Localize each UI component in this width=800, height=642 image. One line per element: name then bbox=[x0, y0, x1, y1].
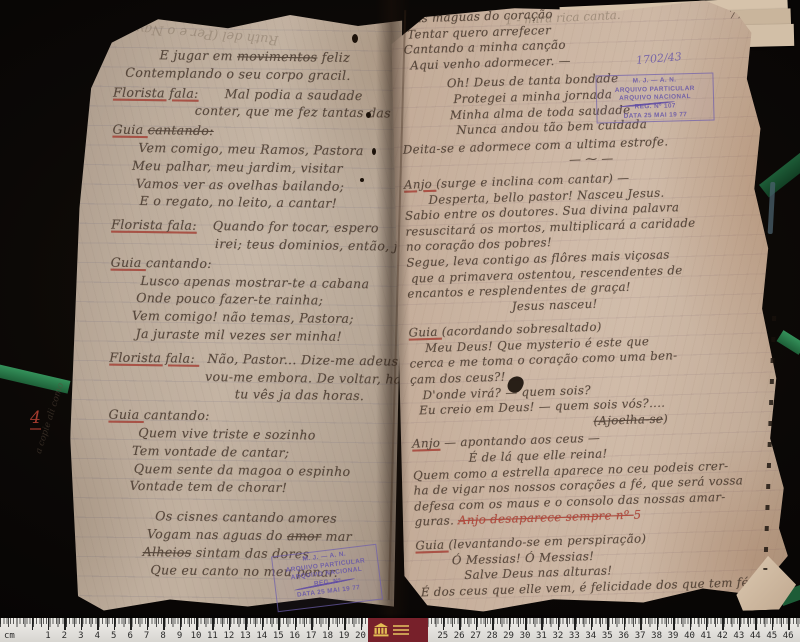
manuscript-line: tu vês ja das horas. bbox=[235, 389, 399, 409]
manuscript-text: (levantando-se em perspiração) bbox=[448, 531, 646, 551]
manuscript-line: Vontade tem de chorar! bbox=[129, 480, 397, 502]
manuscript-text: vou-me embora. De voltar, ha bbox=[205, 368, 402, 386]
ruler-cm-label: 25 bbox=[437, 631, 448, 641]
ruler-cm-label: 31 bbox=[536, 631, 547, 641]
ruler-cm-label: 8 bbox=[160, 631, 165, 641]
ruler-cm-label: 15 bbox=[273, 631, 284, 641]
ruler-cm-label: 20 bbox=[355, 631, 366, 641]
ruler-tick bbox=[755, 618, 757, 630]
ruler-tick bbox=[278, 618, 280, 630]
manuscript-text: Jesus nasceu! bbox=[512, 296, 598, 313]
ruler-tick bbox=[525, 618, 527, 630]
ruler-cm-label: 42 bbox=[717, 631, 728, 641]
ruler-cm-label: 28 bbox=[487, 631, 498, 641]
manuscript-text: Vamos ver as ovelhas bailando; bbox=[136, 176, 345, 194]
ruler-tick bbox=[48, 618, 50, 630]
ruler-cm-label: 13 bbox=[240, 631, 251, 641]
ruler-tick bbox=[262, 618, 264, 630]
ink-speck bbox=[366, 112, 371, 118]
manuscript-text: Vogam nas aguas do bbox=[147, 526, 287, 543]
logo-text-bars bbox=[393, 625, 409, 635]
ruler-cm-label: 2 bbox=[62, 631, 67, 641]
ruler-cm-label: 5 bbox=[111, 631, 116, 641]
manuscript-text: çam dos ceus?! bbox=[410, 370, 506, 387]
ruler-tick bbox=[64, 618, 66, 630]
manuscript-text: Vem comigo! não temas, Pastora; bbox=[132, 308, 354, 326]
left-page: Ruth del (Per e o Nava) E jugar em movim… bbox=[20, 7, 404, 618]
ruler-tick bbox=[81, 618, 83, 630]
ruler-cm-label: 11 bbox=[207, 631, 218, 641]
archive-stamp-top: M. J. — A. N.ARQUIVO PARTICULARARQUIVO N… bbox=[595, 72, 714, 123]
ink-speck bbox=[352, 34, 358, 43]
manuscript-text: amor bbox=[287, 528, 321, 543]
manuscript-text: Florista fala: bbox=[109, 349, 199, 365]
ruler-tick bbox=[328, 618, 330, 630]
ruler-cm-label: 43 bbox=[733, 631, 744, 641]
ruler-cm-label: 14 bbox=[256, 631, 267, 641]
ruler-tick bbox=[459, 618, 461, 630]
ruler-tick bbox=[607, 618, 609, 630]
manuscript-line: Ja juraste mil vezes ser minha! bbox=[136, 328, 400, 349]
ruler-cm-label: 35 bbox=[602, 631, 613, 641]
ruler-cm-label: 38 bbox=[651, 631, 662, 641]
manuscript-text: guras. bbox=[414, 514, 458, 529]
ruler-tick bbox=[657, 618, 659, 630]
manuscript-text: Guia bbox=[415, 538, 449, 553]
ruler-tick bbox=[722, 618, 724, 630]
ruler-cm-label: 19 bbox=[339, 631, 350, 641]
ruler-tick bbox=[443, 618, 445, 630]
manuscript-text: Anjo desaparece bbox=[458, 510, 562, 527]
archive-logo bbox=[368, 618, 428, 642]
ruler-tick bbox=[624, 618, 626, 630]
manuscript-text: Meu palhar, meu jardim, visitar bbox=[132, 158, 343, 176]
green-band-right-mid bbox=[777, 330, 800, 355]
ruler-tick bbox=[492, 618, 494, 630]
manuscript-text: mar bbox=[321, 528, 352, 543]
ruler-tick bbox=[640, 618, 642, 630]
manuscript-text: Anjo bbox=[412, 436, 441, 451]
ruler-tick bbox=[706, 618, 708, 630]
ruler-cm-label: 37 bbox=[635, 631, 646, 641]
ruler-cm-label: 29 bbox=[503, 631, 514, 641]
manuscript-text: Não, Pastor... Dize-me adeus, bbox=[207, 351, 403, 369]
manuscript-text: Guia bbox=[112, 122, 147, 137]
ruler-cm-label: 17 bbox=[306, 631, 317, 641]
manuscript-text: feliz bbox=[317, 49, 350, 64]
ruler-tick bbox=[690, 618, 692, 630]
manuscript-text: Alheios bbox=[143, 544, 192, 560]
ruler-cm-label: 40 bbox=[684, 631, 695, 641]
ruler-cm-label: 26 bbox=[454, 631, 465, 641]
ruler-cm-label: 32 bbox=[552, 631, 563, 641]
ink-speck bbox=[372, 148, 376, 155]
manuscript-text: cantando: bbox=[148, 122, 214, 138]
photographed-manuscript-scene: Ruth del (Per e o Nava) E jugar em movim… bbox=[0, 0, 800, 642]
ruler-tick bbox=[344, 618, 346, 630]
manuscript-text: movimentos bbox=[237, 48, 317, 64]
ruler-cm-label: 34 bbox=[585, 631, 596, 641]
ruler-tick bbox=[229, 618, 231, 630]
manuscript-text: Mal podia a saudade bbox=[225, 86, 363, 103]
manuscript-line: E o regato, no leito, a cantar! bbox=[139, 195, 401, 216]
ruler-tick bbox=[147, 618, 149, 630]
ruler-tick bbox=[739, 618, 741, 630]
measurement-ruler: cm 1234567891011121314151617181920212225… bbox=[0, 618, 800, 642]
manuscript-text: 5 bbox=[633, 508, 641, 522]
manuscript-text: Florista fala: bbox=[111, 217, 197, 233]
manuscript-text: Guia bbox=[111, 254, 146, 269]
manuscript-text: sempre nº bbox=[561, 508, 633, 524]
ruler-cm-label: 9 bbox=[177, 631, 182, 641]
left-page-text: E jugar em movimentos felizContemplando … bbox=[20, 7, 404, 618]
ruler-tick bbox=[163, 618, 165, 630]
ruler-cm-label: 41 bbox=[701, 631, 712, 641]
ruler-cm-label: 39 bbox=[668, 631, 679, 641]
right-page-text: As maguas do coraçãoTentar quero arrefec… bbox=[385, 0, 794, 620]
ruler-cm-label: 33 bbox=[569, 631, 580, 641]
ruler-tick bbox=[114, 618, 116, 630]
manuscript-text: E jugar em bbox=[159, 47, 237, 63]
manuscript-text: (Ajoelha-se bbox=[593, 412, 663, 428]
manuscript-line: conter, que me fez tantas das vezes bbox=[195, 105, 403, 126]
manuscript-text: tu vês ja das horas. bbox=[235, 387, 365, 404]
ruler-cm-label: 1 bbox=[45, 631, 50, 641]
manuscript-text: — ⁓ — bbox=[569, 152, 614, 167]
red-margin-number: 4 bbox=[30, 408, 41, 430]
ruler-tick bbox=[32, 618, 34, 630]
ruler-cm-label: 45 bbox=[766, 631, 777, 641]
ink-speck bbox=[360, 178, 364, 182]
ruler-cm-label: 10 bbox=[191, 631, 202, 641]
ruler-cm-label: 46 bbox=[783, 631, 794, 641]
manuscript-text: Lusco apenas mostrar-te a cabana bbox=[140, 273, 369, 291]
ruler-tick bbox=[541, 618, 543, 630]
manuscript-text: Quem vive triste e sozinho bbox=[138, 425, 316, 442]
ruler-tick bbox=[196, 618, 198, 630]
manuscript-text: Florista fala: bbox=[113, 84, 199, 100]
ruler-tick bbox=[788, 618, 790, 630]
ruler-tick bbox=[97, 618, 99, 630]
ruler-cm-label: 44 bbox=[750, 631, 761, 641]
ruler-tick bbox=[212, 618, 214, 630]
manuscript-text: Ja juraste mil vezes ser minha! bbox=[136, 326, 342, 344]
manuscript-text: Vontade tem de chorar! bbox=[129, 478, 287, 495]
manuscript-text: cantando: bbox=[144, 407, 210, 423]
manuscript-text: Os cisnes cantando amores bbox=[155, 508, 337, 526]
ruler-cm-label: 36 bbox=[618, 631, 629, 641]
stamp-line: DATA 25 MAI 19 77 bbox=[601, 110, 709, 121]
manuscript-text: Onde pouco fazer-te rainha; bbox=[136, 290, 323, 308]
manuscript-text: E o regato, no leito, a cantar! bbox=[139, 193, 337, 211]
ruler-tick bbox=[295, 618, 297, 630]
ruler-cm-label: 30 bbox=[520, 631, 531, 641]
ruler-unit-label: cm bbox=[4, 631, 15, 641]
ruler-cm-label: 27 bbox=[470, 631, 481, 641]
gutter-shadow bbox=[376, 0, 410, 618]
manuscript-text: Quem sente da magoa o espinho bbox=[134, 460, 351, 478]
ruler-cm-label: 6 bbox=[127, 631, 132, 641]
ruler-tick bbox=[476, 618, 478, 630]
ruler-tick bbox=[558, 618, 560, 630]
manuscript-text: cantando: bbox=[146, 255, 212, 271]
manuscript-line: irei; teus dominios, então, ja vou bbox=[215, 238, 401, 258]
ruler-tick bbox=[591, 618, 593, 630]
ruler-cm-label: 3 bbox=[78, 631, 83, 641]
manuscript-text: Guia bbox=[108, 407, 143, 422]
ruler-tick bbox=[130, 618, 132, 630]
ruler-tick bbox=[772, 618, 774, 630]
ruler-cm-label: 4 bbox=[95, 631, 100, 641]
manuscript-text: ) bbox=[663, 411, 668, 425]
ruler-tick bbox=[509, 618, 511, 630]
manuscript-text: Tem vontade de cantar; bbox=[132, 443, 290, 460]
manuscript-text: Guia bbox=[408, 325, 442, 340]
ruler-tick bbox=[311, 618, 313, 630]
ruler-cm-label: 18 bbox=[322, 631, 333, 641]
ruler-cm-label: 7 bbox=[144, 631, 149, 641]
building-icon bbox=[373, 623, 389, 637]
ruler-cm-label: 16 bbox=[289, 631, 300, 641]
green-band-right-top bbox=[759, 150, 800, 197]
ruler-tick bbox=[574, 618, 576, 630]
manuscript-text: Quando for tocar, espero bbox=[213, 218, 379, 235]
ruler-cm-label: 12 bbox=[223, 631, 234, 641]
ruler-tick bbox=[361, 618, 363, 630]
right-page: 1 - mira rica canta. 77 -3 As maguas do … bbox=[385, 0, 794, 620]
ruler-tick bbox=[245, 618, 247, 630]
ruler-tick bbox=[673, 618, 675, 630]
manuscript-text: Contemplando o seu corpo gracil. bbox=[125, 65, 351, 83]
manuscript-text: Vem comigo, meu Ramos, Pastora bbox=[138, 140, 364, 158]
ruler-tick bbox=[180, 618, 182, 630]
